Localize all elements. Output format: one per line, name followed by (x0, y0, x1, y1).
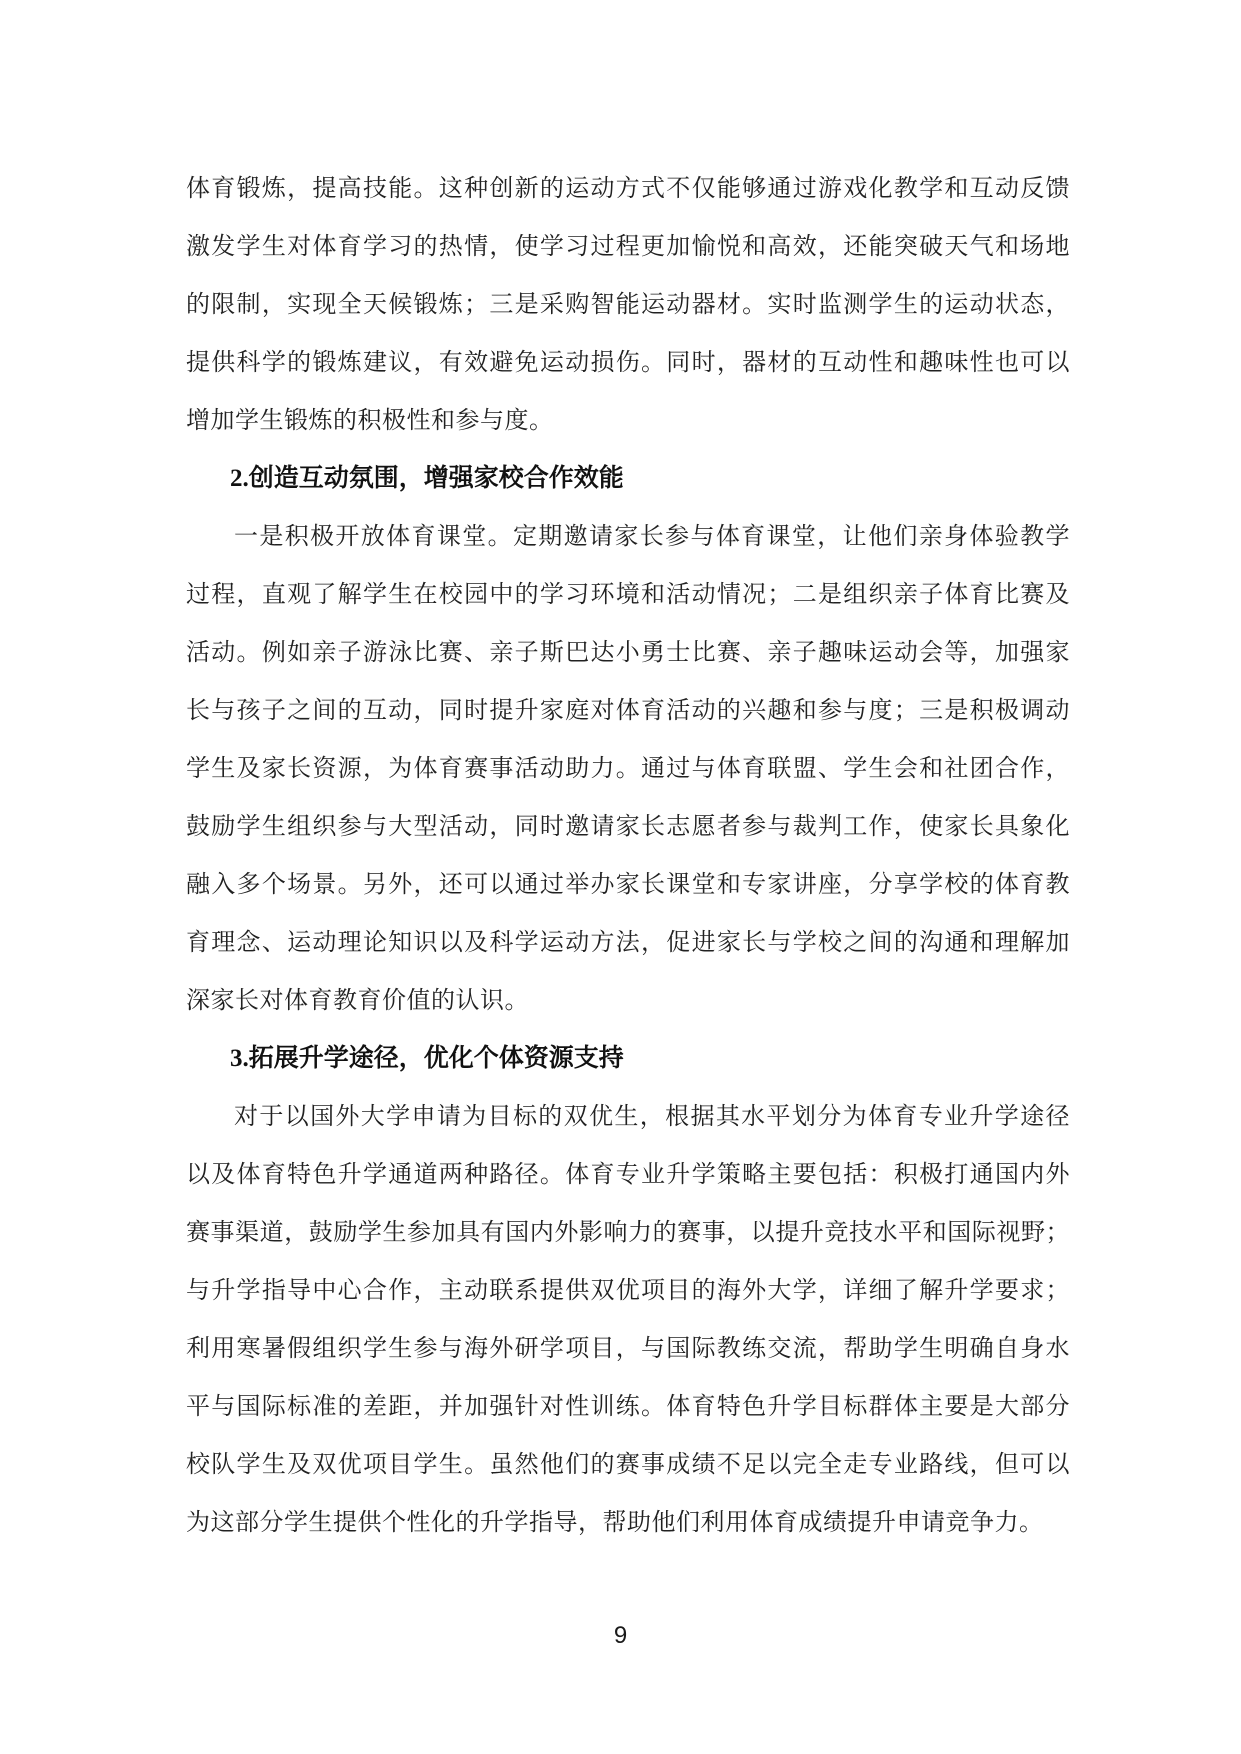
text-line: 一是积极开放体育课堂。定期邀请家长参与体育课堂，让他们亲身体验教学 (186, 508, 1070, 566)
section-heading: 3.拓展升学途径，优化个体资源支持 (186, 1030, 1070, 1088)
text-line: 利用寒暑假组织学生参与海外研学项目，与国际教练交流，帮助学生明确自身水 (186, 1320, 1070, 1378)
text-line: 过程，直观了解学生在校园中的学习环境和活动情况；二是组织亲子体育比赛及 (186, 566, 1070, 624)
text-line: 深家长对体育教育价值的认识。 (186, 972, 1070, 1030)
text-line: 长与孩子之间的互动，同时提升家庭对体育活动的兴趣和参与度；三是积极调动 (186, 682, 1070, 740)
document-body: 体育锻炼，提高技能。这种创新的运动方式不仅能够通过游戏化教学和互动反馈激发学生对… (186, 160, 1070, 1552)
text-line: 鼓励学生组织参与大型活动，同时邀请家长志愿者参与裁判工作，使家长具象化 (186, 798, 1070, 856)
text-line: 活动。例如亲子游泳比赛、亲子斯巴达小勇士比赛、亲子趣味运动会等，加强家 (186, 624, 1070, 682)
text-line: 增加学生锻炼的积极性和参与度。 (186, 392, 1070, 450)
text-line: 体育锻炼，提高技能。这种创新的运动方式不仅能够通过游戏化教学和互动反馈 (186, 160, 1070, 218)
text-line: 育理念、运动理论知识以及科学运动方法，促进家长与学校之间的沟通和理解加 (186, 914, 1070, 972)
text-line: 平与国际标准的差距，并加强针对性训练。体育特色升学目标群体主要是大部分 (186, 1378, 1070, 1436)
text-line: 激发学生对体育学习的热情，使学习过程更加愉悦和高效，还能突破天气和场地 (186, 218, 1070, 276)
page-number: 9 (614, 1622, 627, 1649)
section-heading: 2.创造互动氛围，增强家校合作效能 (186, 450, 1070, 508)
text-line: 对于以国外大学申请为目标的双优生，根据其水平划分为体育专业升学途径 (186, 1088, 1070, 1146)
text-line: 校队学生及双优项目学生。虽然他们的赛事成绩不足以完全走专业路线，但可以 (186, 1436, 1070, 1494)
text-line: 提供科学的锻炼建议，有效避免运动损伤。同时，器材的互动性和趣味性也可以 (186, 334, 1070, 392)
text-line: 与升学指导中心合作，主动联系提供双优项目的海外大学，详细了解升学要求； (186, 1262, 1070, 1320)
text-line: 的限制，实现全天候锻炼；三是采购智能运动器材。实时监测学生的运动状态， (186, 276, 1070, 334)
text-line: 赛事渠道，鼓励学生参加具有国内外影响力的赛事，以提升竞技水平和国际视野； (186, 1204, 1070, 1262)
text-line: 为这部分学生提供个性化的升学指导，帮助他们利用体育成绩提升申请竞争力。 (186, 1494, 1070, 1552)
text-line: 以及体育特色升学通道两种路径。体育专业升学策略主要包括：积极打通国内外 (186, 1146, 1070, 1204)
text-line: 融入多个场景。另外，还可以通过举办家长课堂和专家讲座，分享学校的体育教 (186, 856, 1070, 914)
paragraph: 对于以国外大学申请为目标的双优生，根据其水平划分为体育专业升学途径以及体育特色升… (186, 1088, 1070, 1552)
document-page: 体育锻炼，提高技能。这种创新的运动方式不仅能够通过游戏化教学和互动反馈激发学生对… (0, 0, 1241, 1754)
paragraph: 体育锻炼，提高技能。这种创新的运动方式不仅能够通过游戏化教学和互动反馈激发学生对… (186, 160, 1070, 450)
paragraph: 一是积极开放体育课堂。定期邀请家长参与体育课堂，让他们亲身体验教学过程，直观了解… (186, 508, 1070, 1030)
page-footer: 9 (0, 1620, 1241, 1652)
text-line: 学生及家长资源，为体育赛事活动助力。通过与体育联盟、学生会和社团合作， (186, 740, 1070, 798)
